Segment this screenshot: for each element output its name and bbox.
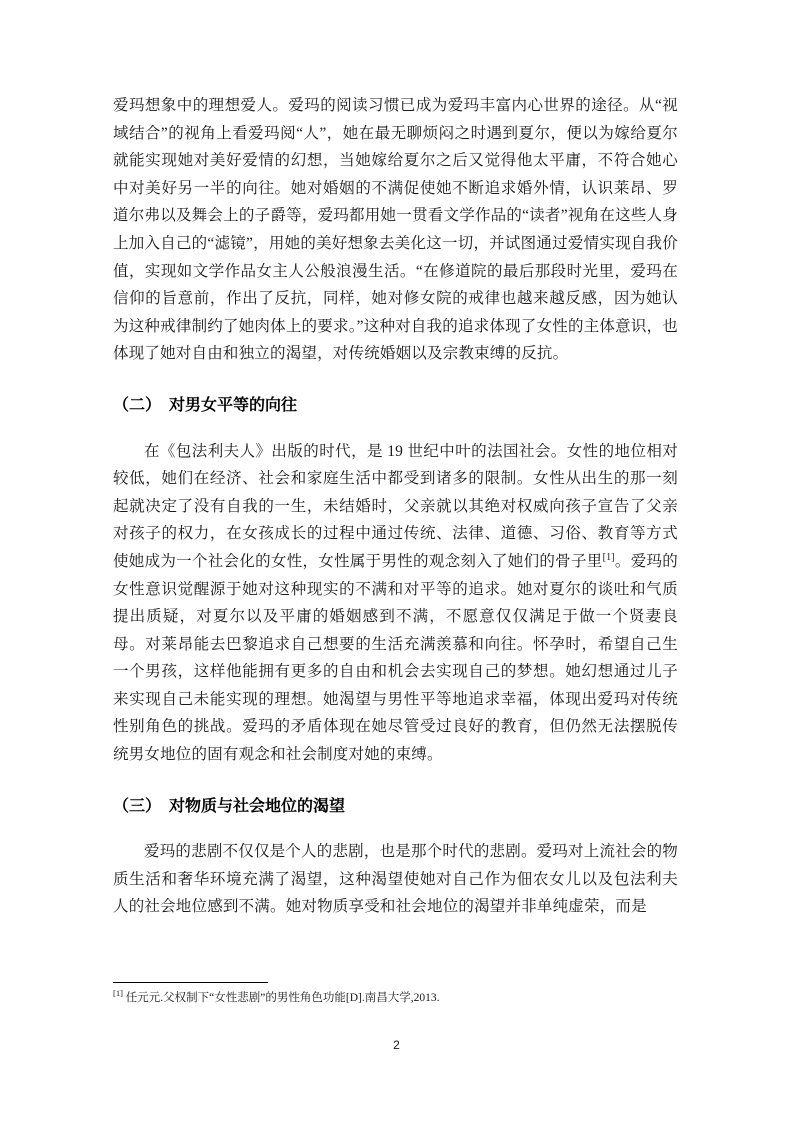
footnote-1-text: 任元元.父权制下“女性悲剧”的男性角色功能[D].南昌大学,2013. (123, 992, 440, 1004)
paragraph-continuation: 爱玛想象中的理想爱人。爱玛的阅读习惯已成为爱玛丰富内心世界的途径。从“视域结合”… (113, 92, 678, 368)
paragraph-gender-equality-text-after-ref: 。爱玛的女性意识觉醒源于她对这种现实的不满和对平等的追求。她对夏尔的谈吐和气质提… (113, 553, 678, 763)
footnote-reference-1: [1] (603, 552, 615, 563)
paragraph-material-desire: 爱玛的悲剧不仅仅是个人的悲剧，也是那个时代的悲剧。爱玛对上流社会的物质生活和奢华… (113, 838, 678, 921)
page-number: 2 (0, 1038, 793, 1052)
paragraph-gender-equality-text-before-ref: 在《包法利夫人》出版的时代，是 19 世纪中叶的法国社会。女性的地位相对较低，她… (113, 443, 678, 570)
footnote-1: [1] 任元元.父权制下“女性悲剧”的男性角色功能[D].南昌大学,2013. (113, 989, 678, 1007)
document-page: 爱玛想象中的理想爱人。爱玛的阅读习惯已成为爱玛丰富内心世界的途径。从“视域结合”… (0, 0, 793, 1122)
section-heading-3: （三） 对物质与社会地位的渴望 (113, 793, 678, 821)
footnote-separator-line (113, 982, 268, 983)
footnote-area: [1] 任元元.父权制下“女性悲剧”的男性角色功能[D].南昌大学,2013. (113, 982, 678, 1007)
footnote-1-marker: [1] (113, 988, 123, 998)
section-heading-2: （二） 对男女平等的向往 (113, 392, 678, 420)
document-body: 爱玛想象中的理想爱人。爱玛的阅读习惯已成为爱玛丰富内心世界的途径。从“视域结合”… (113, 92, 678, 921)
paragraph-gender-equality: 在《包法利夫人》出版的时代，是 19 世纪中叶的法国社会。女性的地位相对较低，她… (113, 438, 678, 769)
